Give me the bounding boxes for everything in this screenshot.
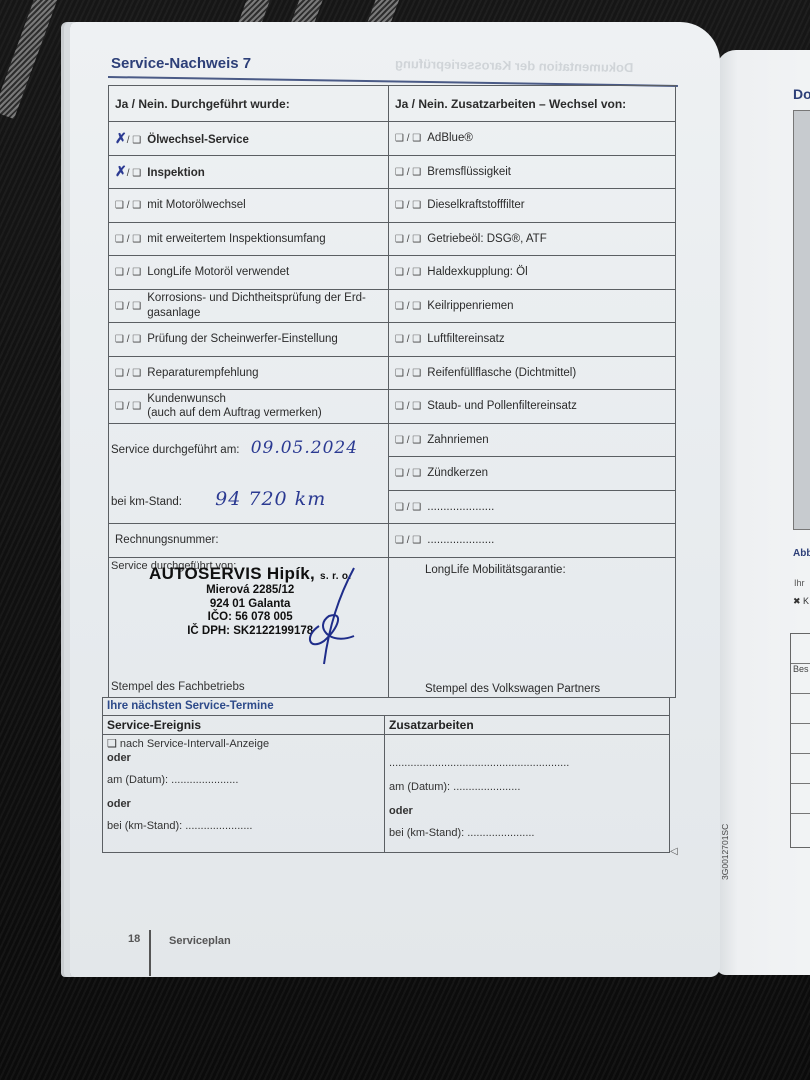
service-event-cell: ❑ nach Service-Intervall-Anzeige oder am… — [103, 735, 385, 853]
extra-work-item: ❑ / ❑..................... — [389, 490, 676, 524]
item-label: Getriebeöl: DSG®, ATF — [427, 233, 546, 245]
partner-stamp-cell: LongLife Mobilitätsgarantie: Stempel des… — [389, 557, 676, 697]
yes-no-checkbox[interactable]: ❑ / ❑ — [395, 234, 421, 245]
km-value[interactable]: 94 720 km — [215, 488, 326, 510]
item-label: Ölwechsel-Service — [147, 134, 249, 146]
yes-no-checkbox[interactable]: ❑ / ❑ — [395, 368, 421, 379]
yes-no-checkbox[interactable]: ✗/ ❑ — [115, 163, 141, 180]
yes-no-checkbox[interactable]: ❑ / ❑ — [395, 133, 421, 144]
extra-work-item: ❑ / ❑Zündkerzen — [389, 457, 676, 491]
right-column-header: Ja / Nein. Zusatzarbeiten – Wechsel von: — [389, 86, 676, 122]
workshop-stamp-cell: Service durchgeführt von: AUTOSERVIS Hip… — [109, 557, 389, 697]
extra-work-item: ❑ / ❑Getriebeöl: DSG®, ATF — [389, 222, 676, 256]
left-column-header: Ja / Nein. Durchgeführt wurde: — [109, 86, 389, 122]
yes-no-checkbox[interactable]: ❑ / ❑ — [395, 401, 421, 412]
section-name: Serviceplan — [169, 935, 231, 947]
performed-item: ❑ / ❑Korrosions- und Dichtheitsprüfung d… — [109, 289, 389, 323]
yes-no-checkbox[interactable]: ❑ / ❑ — [395, 167, 421, 178]
performed-item: ❑ / ❑Kundenwunsch(auch auf dem Auftrag v… — [109, 390, 389, 424]
mobility-guarantee-label: LongLife Mobilitätsgarantie: — [425, 564, 566, 576]
right-page-caption: Abb — [793, 548, 810, 559]
item-label: Zündkerzen — [427, 467, 488, 479]
signature-icon — [299, 566, 369, 666]
extra-work-item: ❑ / ❑Haldexkupplung: Öl — [389, 256, 676, 290]
partner-stamp-label: Stempel des Volkswagen Partners — [425, 683, 600, 695]
item-label: Reifenfüllflasche (Dichtmittel) — [427, 367, 576, 379]
item-label: Korrosions- und Dichtheitsprüfung der Er… — [147, 291, 366, 320]
yes-no-checkbox[interactable]: ❑ / ❑ — [395, 535, 421, 546]
performed-item: ✗/ ❑Inspektion — [109, 155, 389, 189]
right-page-title: Do — [793, 86, 810, 102]
service-date-value[interactable]: 09.05.2024 — [251, 438, 358, 458]
item-label: ..................... — [427, 534, 494, 546]
item-label: Haldexkupplung: Öl — [427, 266, 527, 278]
extra-work-item: ❑ / ❑Bremsflüssigkeit — [389, 155, 676, 189]
performed-item: ✗/ ❑Ölwechsel-Service — [109, 122, 389, 156]
document-code: 3G0012701SC — [720, 824, 730, 880]
extra-work-item: ❑ / ❑Keilrippenriemen — [389, 289, 676, 323]
km-label: bei km-Stand: — [111, 496, 182, 508]
extra-work-item: ❑ / ❑AdBlue® — [389, 122, 676, 156]
page-turn-arrow-icon: ◁ — [670, 846, 678, 857]
extra-work-item: ❑ / ❑Dieselkraftstofffilter — [389, 189, 676, 223]
right-page-table: Bes — [790, 633, 810, 848]
item-label: Luftfiltereinsatz — [427, 333, 504, 345]
workshop-stamp-label: Stempel des Fachbetriebs — [111, 681, 245, 693]
extra-work-item: ❑ / ❑Reifenfüllflasche (Dichtmittel) — [389, 356, 676, 390]
yes-no-checkbox[interactable]: ❑ / ❑ — [115, 401, 141, 412]
page-number: 18 — [128, 933, 140, 945]
yes-no-checkbox[interactable]: ❑ / ❑ — [115, 334, 141, 345]
item-label: Inspektion — [147, 167, 205, 179]
yes-no-checkbox[interactable]: ❑ / ❑ — [395, 334, 421, 345]
invoice-cell: Rechnungsnummer: — [109, 524, 389, 558]
next-service-table: Ihre nächsten Service-Termine Service-Er… — [102, 697, 670, 853]
extra-km-field[interactable]: bei (km-Stand): ...................... — [389, 827, 665, 839]
item-label: Keilrippenriemen — [427, 300, 513, 312]
extra-date-field[interactable]: am (Datum): ...................... — [389, 781, 665, 793]
invoice-label: Rechnungsnummer: — [115, 534, 219, 546]
extra-work-item: ❑ / ❑Staub- und Pollenfiltereinsatz — [389, 390, 676, 424]
yes-no-checkbox[interactable]: ❑ / ❑ — [395, 301, 421, 312]
extra-work-cell: ........................................… — [385, 735, 670, 853]
extra-work-item: ❑ / ❑Zahnriemen — [389, 423, 676, 457]
yes-no-checkbox[interactable]: ❑ / ❑ — [115, 200, 141, 211]
item-label: ..................... — [427, 501, 494, 513]
service-record-table: Ja / Nein. Durchgeführt wurde: Ja / Nein… — [108, 85, 676, 698]
yes-no-checkbox[interactable]: ❑ / ❑ — [115, 267, 141, 278]
performed-item: ❑ / ❑Prüfung der Scheinwerfer-Einstellun… — [109, 323, 389, 357]
item-label: Reparaturempfehlung — [147, 367, 258, 379]
yes-no-checkbox[interactable]: ❑ / ❑ — [395, 267, 421, 278]
service-date-label: Service durchgeführt am: — [111, 444, 239, 456]
yes-no-checkbox[interactable]: ❑ / ❑ — [395, 200, 421, 211]
item-label: AdBlue® — [427, 132, 473, 144]
yes-no-checkbox[interactable]: ❑ / ❑ — [115, 368, 141, 379]
footer-divider — [149, 930, 151, 976]
performed-item: ❑ / ❑mit erweitertem Inspektionsumfang — [109, 222, 389, 256]
performed-item: ❑ / ❑LongLife Motoröl verwendet — [109, 256, 389, 290]
yes-no-checkbox[interactable]: ❑ / ❑ — [395, 502, 421, 513]
item-label: Kundenwunsch(auch auf dem Auftrag vermer… — [147, 392, 322, 421]
yes-no-checkbox[interactable]: ✗/ ❑ — [115, 130, 141, 147]
right-page-image-box — [793, 110, 810, 530]
item-label: LongLife Motoröl verwendet — [147, 266, 289, 278]
extra-work-field[interactable]: ........................................… — [389, 757, 665, 769]
yes-no-checkbox[interactable]: ❑ / ❑ — [395, 435, 421, 446]
item-label: Staub- und Pollenfiltereinsatz — [427, 400, 577, 412]
right-page-text: Ihr — [794, 578, 805, 588]
yes-no-checkbox[interactable]: ❑ / ❑ — [395, 468, 421, 479]
service-info-cell: Service durchgeführt am: 09.05.2024 bei … — [109, 423, 389, 524]
performed-item: ❑ / ❑Reparaturempfehlung — [109, 356, 389, 390]
interval-checkbox[interactable]: ❑ nach Service-Intervall-Anzeige — [107, 737, 380, 750]
item-label: Prüfung der Scheinwerfer-Einstellung — [147, 333, 338, 345]
right-page-text: ✖ K — [793, 596, 809, 607]
item-label: Dieselkraftstofffilter — [427, 199, 524, 211]
extra-work-item: ❑ / ❑Luftfiltereinsatz — [389, 323, 676, 357]
item-label: mit erweitertem Inspektionsumfang — [147, 233, 325, 245]
next-km-field[interactable]: bei (km-Stand): ...................... — [107, 820, 380, 832]
page-title: Service-Nachweis 7 — [111, 55, 251, 72]
extra-work-item: ❑ / ❑..................... — [389, 524, 676, 558]
next-date-field[interactable]: am (Datum): ...................... — [107, 774, 380, 786]
performed-item: ❑ / ❑mit Motorölwechsel — [109, 189, 389, 223]
extra-work-header: Zusatzarbeiten — [385, 716, 670, 735]
yes-no-checkbox[interactable]: ❑ / ❑ — [115, 234, 141, 245]
next-service-title: Ihre nächsten Service-Termine — [103, 698, 670, 716]
item-label: mit Motorölwechsel — [147, 199, 245, 211]
yes-no-checkbox[interactable]: ❑ / ❑ — [115, 301, 141, 312]
item-label: Bremsflüssigkeit — [427, 166, 511, 178]
service-event-header: Service-Ereignis — [103, 716, 385, 735]
item-label: Zahnriemen — [427, 434, 488, 446]
